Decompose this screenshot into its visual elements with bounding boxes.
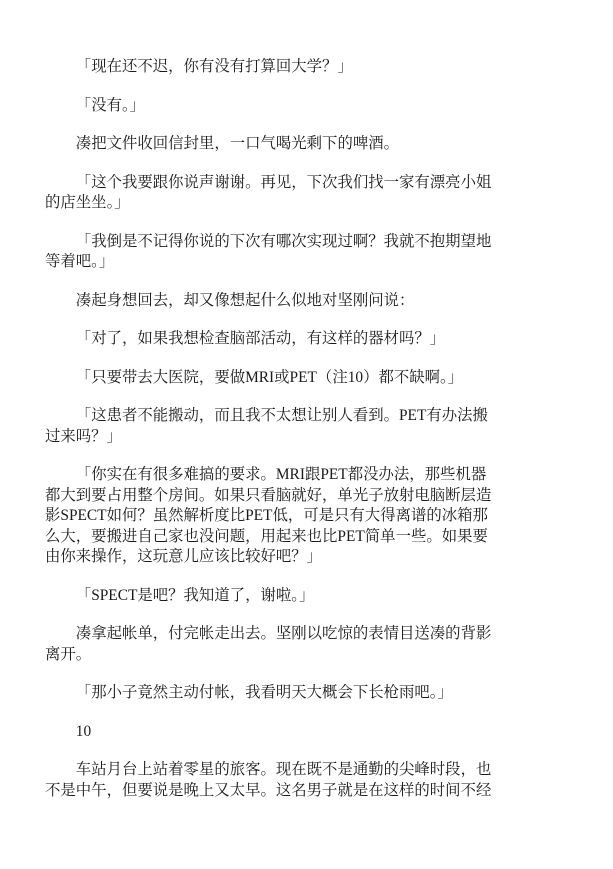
section-number: 10 [45, 722, 495, 743]
paragraph: 「SPECT是吧？我知道了，谢啦。」 [45, 586, 495, 607]
paragraph: 凑起身想回去，却又像想起什么似地对坚刚问说： [45, 291, 495, 312]
paragraph: 「你实在有很多难搞的要求。MRI跟PET都没办法，那些机器都大到要占用整个房间。… [45, 465, 495, 568]
paragraph: 「对了，如果我想检查脑部活动，有这样的器材吗？」 [45, 329, 495, 350]
paragraph: 凑拿起帐单，付完帐走出去。坚刚以吃惊的表情目送凑的背影离开。 [45, 624, 495, 665]
paragraph: 「没有。」 [45, 96, 495, 117]
paragraph: 「我倒是不记得你说的下次有哪次实现过啊？我就不抱期望地等着吧。」 [45, 232, 495, 273]
paragraph: 「只要带去大医院，要做MRI或PET（注10）都不缺啊。」 [45, 368, 495, 389]
book-page: 「现在还不迟，你有没有打算回大学？」「没有。」凑把文件收回信封里，一口气喝光剩下… [0, 0, 613, 869]
paragraph: 「这患者不能搬动，而且我不太想让别人看到。PET有办法搬过来吗？」 [45, 406, 495, 447]
paragraph: 「这个我要跟你说声谢谢。再见，下次我们找一家有漂亮小姐的店坐坐。」 [45, 173, 495, 214]
paragraph: 车站月台上站着零星的旅客。现在既不是通勤的尖峰时段，也不是中午，但要说是晚上又太… [45, 760, 495, 801]
paragraph: 凑把文件收回信封里，一口气喝光剩下的啤酒。 [45, 134, 495, 155]
paragraph: 「现在还不迟，你有没有打算回大学？」 [45, 57, 495, 78]
text-content: 「现在还不迟，你有没有打算回大学？」「没有。」凑把文件收回信封里，一口气喝光剩下… [45, 57, 495, 801]
paragraph: 「那小子竟然主动付帐，我看明天大概会下长枪雨吧。」 [45, 683, 495, 704]
